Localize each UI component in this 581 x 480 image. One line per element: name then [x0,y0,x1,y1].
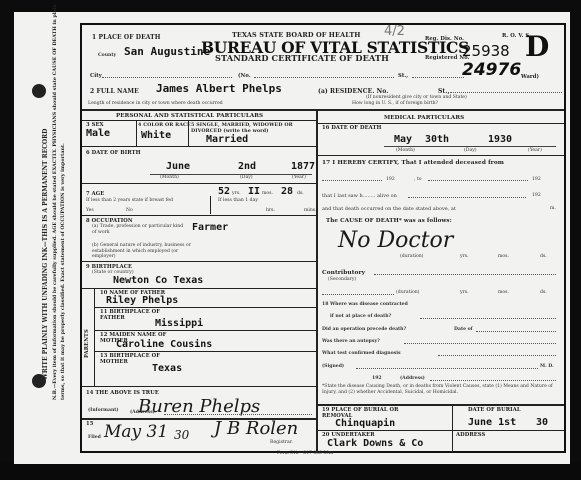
dob-month: June [166,161,190,172]
certify-192-b: 192 [532,177,541,182]
secondary-label: (Secondary) [328,277,356,282]
filed-date: May 31 [104,422,168,442]
center-divider [316,111,318,453]
burial-date-value: June 1st [468,417,516,428]
sex-value: Male [86,128,110,139]
certify-line-1: 17 I HEREBY CERTIFY, That I attended dec… [322,160,504,166]
header-divider [82,109,564,111]
dob-year: 1877 [291,161,315,172]
foreign-birth-label: How long in U. S., if of foreign birth? [352,101,438,106]
undertaker-address-label: ADDRESS [456,432,485,438]
marital-value: Married [206,134,248,145]
breast-fed-label: If less than 2 years state if breast fed [86,198,173,203]
test-label: What test confirmed diagnosis [322,351,401,356]
father-name-value: Riley Phelps [106,295,178,306]
operation-date-label: Date of [454,327,473,332]
physician-address-label: (Address) [400,376,425,381]
city-line [102,77,232,78]
dod-day: 30th [425,134,449,145]
registered-number: 25938 [462,42,510,60]
hrs-label: hrs. [266,208,275,213]
full-name-value: James Albert Phelps [156,82,282,95]
form-letter: D [525,30,549,63]
personal-section-title: PERSONAL AND STATISTICAL PARTICULARS [116,113,263,119]
no-label: (No. [238,73,251,79]
contrib-duration: (duration) [396,290,419,295]
county-label: County [98,53,116,58]
full-name-label: 2 FULL NAME [90,88,139,95]
contrib-mos: mos. [498,290,509,295]
burial-year-value: 30 [536,417,548,428]
registrar-signature: J B Rolen [214,418,298,439]
color-label: 4 COLOR OR RACE [138,122,191,128]
not-at-place-label: if not at place of death? [330,314,391,319]
dob-label: 6 DATE OF BIRTH [86,150,141,156]
no-label-bf: No [126,208,133,213]
day-caption: (Day) [240,175,253,180]
certify-m: m. [550,206,556,211]
certify-line-4: and that death occurred on the date stat… [322,206,456,212]
cause-mos: mos. [498,254,509,259]
reg-dis-label: Reg. Dis. No. [425,36,464,42]
file-number: 24976 [462,60,521,80]
scan-border [0,462,581,480]
length-residence-label: Length of residence in city or town wher… [88,101,223,106]
year-caption: (Year) [292,175,306,180]
certify-to: , to [414,177,422,182]
residence-line [450,92,562,93]
age-yrs-label: yrs. [232,191,241,196]
dob-day: 2nd [238,161,256,172]
sidebar-instructions-1: N.B.—Every item of information should be… [52,4,58,400]
dod-month-caption: (Month) [396,148,415,153]
cause-yrs: yrs. [460,254,469,259]
age-mos-label: mos. [262,191,273,196]
dod-year-caption: (Year) [528,148,542,153]
mother-name-value: Caroline Cousins [116,339,212,350]
less-day-label: If less than 1 day [218,198,258,203]
signed-label: (Signed) [322,364,344,369]
pencil-note: 4/2 [384,24,405,39]
contrib-ds: ds. [540,290,547,295]
certify-192: 192 [386,177,395,182]
occupation-a-label: (a) Trade, profession or particular kind… [92,224,184,235]
registrar-label: Registrar. [270,440,293,445]
age-years: 52 [218,186,230,197]
dod-year: 1930 [488,134,512,145]
form-title: STANDARD CERTIFICATE OF DEATH [215,53,389,63]
age-ds-label: ds. [297,191,304,196]
mins-label: mins. [304,208,317,213]
occupation-value: Farmer [192,222,228,233]
contrib-yrs: yrs. [460,290,469,295]
medical-section-title: MEDICAL PARTICULARS [384,115,464,121]
city-label: City [90,73,102,79]
filed-year: 30 [174,428,189,442]
marital-label: 5 SINGLE, MARRIED, WIDOWED OR DIVORCED (… [191,122,315,134]
no-line [254,77,394,78]
birthplace-value: Newton Co Texas [113,275,203,286]
cause-of-death-label: The CAUSE OF DEATH* was as follows: [326,218,452,224]
sidebar-ink-notice: WRITE PLAINLY WITH UNFADING INK—THIS IS … [42,129,49,380]
age-days: 28 [281,186,293,197]
md-label: M. D. [540,364,554,369]
address-192: 192 [372,376,382,381]
age-months: II [248,186,260,197]
age-label: 7 AGE [86,191,104,197]
certify-192-c: 192 [532,193,541,198]
ward-label: Ward) [521,74,539,80]
yes-label: Yes [86,208,94,213]
date-of-death-label: 16 DATE OF DEATH [322,125,381,131]
father-birthplace-value: Missippi [155,318,203,329]
month-caption: (Month) [160,175,179,180]
st-label: St., [398,73,408,79]
filed-label: Filed [88,435,101,440]
informant-address-label: (Address) [130,410,155,415]
residence-st-label: St., [438,88,450,95]
certify-line-3: that I last saw h........ alive on [322,193,397,199]
burial-date-label: DATE OF BURIAL [468,407,521,413]
burial-place-value: Chinquapin [335,418,395,429]
dod-day-caption: (Day) [464,148,477,153]
cause-ds: ds. [540,254,547,259]
cause-of-death-value: No Doctor [338,228,453,253]
nonresident-note: (If nonresident give city or town and St… [366,95,467,100]
sidebar-instructions-2: terms, so that it may be properly classi… [60,143,66,400]
operation-label: Did an operation precede death? [322,327,406,332]
parents-label: PARENTS [84,329,90,358]
autopsy-label: Was there an autopsy? [322,339,380,344]
mother-birthplace-value: Texas [152,363,182,374]
contributory-label: Contributory [322,270,365,276]
occupation-b-label: (b) General nature of industry, business… [92,243,200,260]
st-line [412,77,464,78]
form-number: Form 51b—G17-856-50m [277,451,333,456]
contracted-label: 18 Where was disease contracted [322,302,408,307]
dod-month: May [394,134,412,145]
informant-label: (Informant) [88,408,119,413]
color-value: White [141,130,171,141]
residence-label: (a) RESIDENCE. No. [318,88,388,95]
filed-number: 15 [86,421,93,427]
cause-duration: (duration) [400,254,423,259]
county-value: San Augustine [124,45,210,58]
place-of-death-label: 1 PLACE OF DEATH [92,34,161,41]
undertaker-value: Clark Downs & Co [327,438,423,449]
punch-hole-top [32,84,46,98]
cause-footnote: *State the disease Causing Death, or in … [322,384,558,395]
